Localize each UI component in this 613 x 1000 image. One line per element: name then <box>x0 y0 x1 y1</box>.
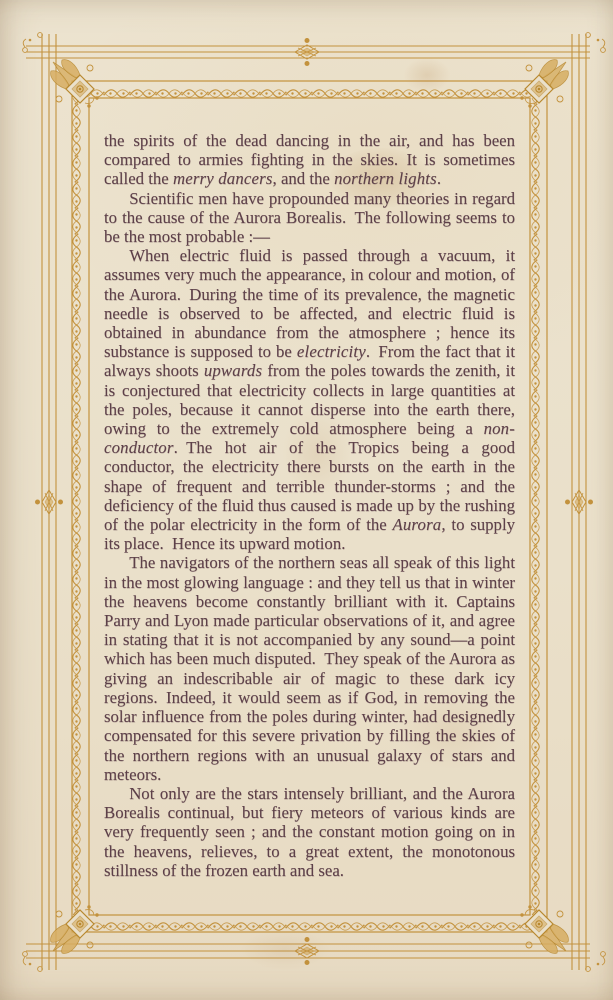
body-text: , and the <box>273 169 335 188</box>
paragraph: When electric fluid is passed through a … <box>104 246 515 553</box>
paragraph: Not only are the stars intensely brillia… <box>104 784 515 880</box>
italic-text: Aurora, <box>392 515 445 534</box>
body-text: The navigators of the northern seas all … <box>104 553 515 783</box>
body-text: Not only are the stars intensely brillia… <box>104 784 515 880</box>
paragraph: The navigators of the northern seas all … <box>104 553 515 783</box>
italic-text: upwards <box>204 361 262 380</box>
italic-text: northern lights <box>334 169 437 188</box>
book-page: the spirits of the dead dancing in the a… <box>0 0 613 1000</box>
page-text: the spirits of the dead dancing in the a… <box>104 131 515 880</box>
body-text: . <box>437 169 441 188</box>
paragraph: Scientific men have propounded many theo… <box>104 189 515 247</box>
paragraph: the spirits of the dead dancing in the a… <box>104 131 515 189</box>
italic-text: merry dancers <box>173 169 273 188</box>
italic-text: electricity <box>297 342 366 361</box>
body-text: Scientific men have propounded many theo… <box>104 189 515 246</box>
